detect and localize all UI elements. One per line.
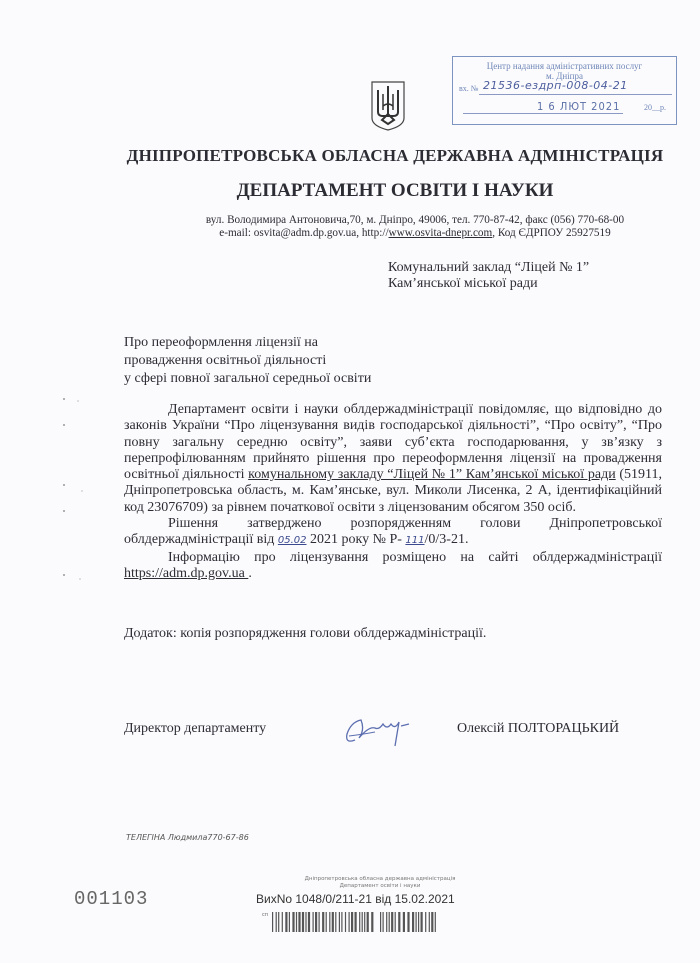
letterhead-contacts: вул. Володимира Антоновича,70, м. Дніпро… — [0, 214, 700, 240]
paragraph-2: Рішення затверджено розпорядженням голов… — [124, 516, 662, 550]
website-link[interactable]: www.osvita-dnepr.com — [389, 227, 493, 239]
subject-block: Про переоформлення ліцензії на проваджен… — [124, 334, 371, 388]
signatory-title: Директор департаменту — [124, 721, 266, 737]
paragraph-text: . — [248, 566, 252, 581]
signatory-name: Олексій ПОЛТОРАЦЬКИЙ — [457, 721, 619, 737]
handwritten-number: 111 — [405, 535, 424, 546]
registration-stamp: Центр надання адміністративних послуг м.… — [452, 56, 677, 125]
paragraph-3: Інформацію про ліцензування розміщено на… — [124, 550, 662, 583]
outgoing-org: Дніпропетровська обласна державна адміні… — [280, 876, 480, 890]
recipient-line1: Комунальний заклад “Ліцей № 1” — [388, 260, 589, 276]
scan-artifacts — [58, 395, 98, 595]
paragraph-text: Інформацію про ліцензування розміщено на… — [168, 550, 662, 565]
paragraph-1: Департамент освіти і науки облдержадміні… — [124, 402, 662, 516]
outgoing-org-line2: Департамент освіти і науки — [280, 883, 480, 890]
org-title: ДНІПРОПЕТРОВСЬКА ОБЛАСНА ДЕРЖАВНА АДМІНІ… — [0, 146, 700, 166]
contacts-line: e-mail: osvita@adm.dp.gov.ua, http://www… — [130, 227, 700, 240]
handwritten-date: 05.02 — [278, 535, 307, 546]
email-text: e-mail: osvita@adm.dp.gov.ua, http:// — [219, 227, 388, 239]
website-link[interactable]: https://adm.dp.gov.ua — [124, 566, 248, 581]
subject-line1: Про переоформлення ліцензії на — [124, 334, 371, 352]
barcode-label: сп — [262, 912, 268, 918]
letter-body: Департамент освіти і науки облдержадміні… — [124, 402, 662, 582]
ukraine-coat-of-arms-icon — [370, 80, 406, 132]
appendix-note: Додаток: копія розпорядження голови облд… — [124, 626, 486, 642]
stamp-reg-label: вх. № — [459, 84, 478, 93]
department-title: ДЕПАРТАМЕНТ ОСВІТИ І НАУКИ — [0, 180, 700, 202]
stamp-divider — [463, 113, 623, 114]
stamp-org-line1: Центр надання адміністративних послуг — [453, 61, 676, 71]
paragraph-text: 2021 року № Р- — [307, 532, 406, 547]
paragraph-text: /0/3-21. — [425, 532, 469, 547]
recipient-block: Комунальний заклад “Ліцей № 1” Кам’янськ… — [388, 260, 589, 292]
serial-number: 001103 — [74, 888, 148, 910]
stamp-divider — [479, 94, 672, 95]
barcode-icon — [272, 912, 436, 932]
stamp-date-suffix: 20__р. — [644, 103, 666, 112]
edrpou-code: , Код ЄДРПОУ 25927519 — [492, 227, 611, 239]
subject-line2: провадження освітньої діяльності — [124, 352, 371, 370]
outgoing-org-line1: Дніпропетровська обласна державна адміні… — [280, 876, 480, 883]
stamp-date: 1 6 ЛЮТ 2021 — [537, 100, 620, 113]
recipient-line2: Кам’янської міської ради — [388, 276, 589, 292]
handwritten-signature-icon — [335, 700, 425, 750]
stamp-reg-number: 21536-ездрп-008-04-21 — [483, 79, 628, 92]
recipient-underlined: комунальному закладу “Ліцей № 1” Кам’янс… — [248, 467, 616, 482]
executor-info: ТЕЛЕГІНА Людмила770-67-86 — [126, 833, 249, 842]
subject-line3: у сфері повної загальної середньої освіт… — [124, 370, 371, 388]
address-line: вул. Володимира Антоновича,70, м. Дніпро… — [130, 214, 700, 227]
outgoing-number: ВихNo 1048/0/211-21 від 15.02.2021 — [256, 892, 455, 906]
